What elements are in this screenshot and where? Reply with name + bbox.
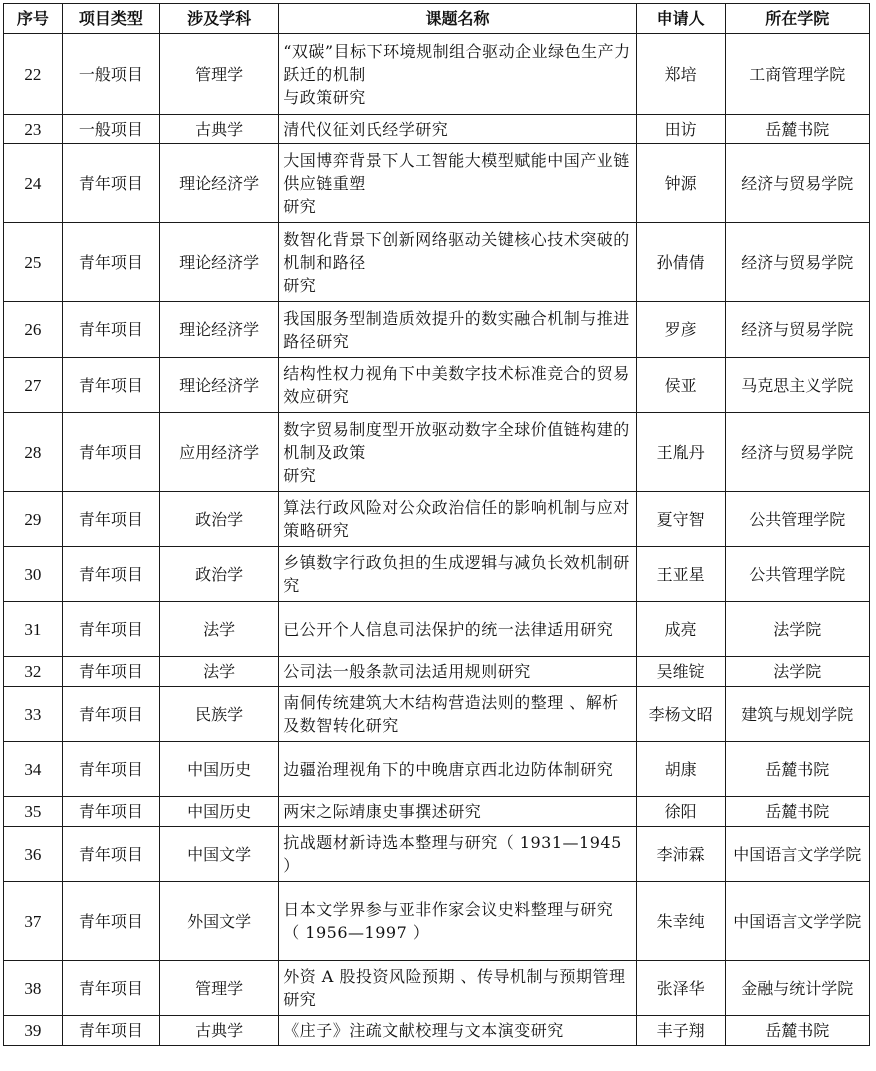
cell-title: 算法行政风险对公众政治信任的影响机制与应对策略研究 bbox=[279, 492, 636, 547]
cell-type: 青年项目 bbox=[62, 1016, 159, 1046]
table-row: 24青年项目理论经济学大国博弈背景下人工智能大模型赋能中国产业链供应链重塑 研究… bbox=[4, 144, 870, 223]
cell-no: 28 bbox=[4, 413, 63, 492]
cell-title: 边疆治理视角下的中晚唐京西北边防体制研究 bbox=[279, 742, 636, 797]
header-title: 课题名称 bbox=[279, 4, 636, 34]
cell-no: 22 bbox=[4, 34, 63, 115]
cell-subject: 政治学 bbox=[160, 547, 279, 602]
cell-subject: 古典学 bbox=[160, 1016, 279, 1046]
cell-no: 38 bbox=[4, 961, 63, 1016]
cell-applicant: 朱幸纯 bbox=[636, 882, 725, 961]
cell-college: 岳麓书院 bbox=[725, 797, 869, 827]
table-row: 27青年项目理论经济学结构性权力视角下中美数字技术标准竞合的贸易效应研究侯亚马克… bbox=[4, 358, 870, 413]
cell-college: 经济与贸易学院 bbox=[725, 302, 869, 358]
projects-table: 序号 项目类型 涉及学科 课题名称 申请人 所在学院 22一般项目管理学“双碳”… bbox=[3, 3, 870, 1046]
table-row: 35青年项目中国历史两宋之际靖康史事撰述研究徐阳岳麓书院 bbox=[4, 797, 870, 827]
cell-subject: 理论经济学 bbox=[160, 358, 279, 413]
cell-applicant: 侯亚 bbox=[636, 358, 725, 413]
cell-college: 中国语言文学学院 bbox=[725, 882, 869, 961]
header-type: 项目类型 bbox=[62, 4, 159, 34]
cell-type: 青年项目 bbox=[62, 687, 159, 742]
cell-no: 23 bbox=[4, 115, 63, 144]
cell-subject: 法学 bbox=[160, 602, 279, 657]
cell-type: 一般项目 bbox=[62, 115, 159, 144]
cell-type: 青年项目 bbox=[62, 742, 159, 797]
cell-title: 大国博弈背景下人工智能大模型赋能中国产业链供应链重塑 研究 bbox=[279, 144, 636, 223]
table-row: 39青年项目古典学《庄子》注疏文献校理与文本演变研究丰子翔岳麓书院 bbox=[4, 1016, 870, 1046]
cell-subject: 古典学 bbox=[160, 115, 279, 144]
cell-subject: 管理学 bbox=[160, 961, 279, 1016]
header-applicant: 申请人 bbox=[636, 4, 725, 34]
cell-title: 抗战题材新诗选本整理与研究（ 1931—1945 ） bbox=[279, 827, 636, 882]
table-row: 29青年项目政治学算法行政风险对公众政治信任的影响机制与应对策略研究夏守智公共管… bbox=[4, 492, 870, 547]
cell-type: 青年项目 bbox=[62, 413, 159, 492]
cell-subject: 政治学 bbox=[160, 492, 279, 547]
cell-college: 经济与贸易学院 bbox=[725, 144, 869, 223]
cell-title: 结构性权力视角下中美数字技术标准竞合的贸易效应研究 bbox=[279, 358, 636, 413]
cell-title: 清代仪征刘氏经学研究 bbox=[279, 115, 636, 144]
cell-applicant: 郑培 bbox=[636, 34, 725, 115]
cell-title: 两宋之际靖康史事撰述研究 bbox=[279, 797, 636, 827]
cell-college: 公共管理学院 bbox=[725, 492, 869, 547]
cell-subject: 法学 bbox=[160, 657, 279, 687]
table-row: 38青年项目管理学外资 A 股投资风险预期 、传导机制与预期管理研究张泽华金融与… bbox=[4, 961, 870, 1016]
cell-applicant: 王亚星 bbox=[636, 547, 725, 602]
cell-college: 金融与统计学院 bbox=[725, 961, 869, 1016]
cell-title: 《庄子》注疏文献校理与文本演变研究 bbox=[279, 1016, 636, 1046]
cell-applicant: 胡康 bbox=[636, 742, 725, 797]
cell-title: 已公开个人信息司法保护的统一法律适用研究 bbox=[279, 602, 636, 657]
header-subject: 涉及学科 bbox=[160, 4, 279, 34]
table-row: 31青年项目法学已公开个人信息司法保护的统一法律适用研究成亮法学院 bbox=[4, 602, 870, 657]
cell-no: 24 bbox=[4, 144, 63, 223]
cell-applicant: 孙倩倩 bbox=[636, 223, 725, 302]
table-row: 30青年项目政治学乡镇数字行政负担的生成逻辑与减负长效机制研究王亚星公共管理学院 bbox=[4, 547, 870, 602]
cell-college: 岳麓书院 bbox=[725, 1016, 869, 1046]
cell-subject: 中国历史 bbox=[160, 742, 279, 797]
table-row: 23一般项目古典学清代仪征刘氏经学研究田访岳麓书院 bbox=[4, 115, 870, 144]
cell-college: 公共管理学院 bbox=[725, 547, 869, 602]
cell-subject: 理论经济学 bbox=[160, 144, 279, 223]
cell-type: 青年项目 bbox=[62, 602, 159, 657]
table-row: 26青年项目理论经济学我国服务型制造质效提升的数实融合机制与推进路径研究罗彦经济… bbox=[4, 302, 870, 358]
table-row: 32青年项目法学公司法一般条款司法适用规则研究吴维锭法学院 bbox=[4, 657, 870, 687]
cell-type: 青年项目 bbox=[62, 547, 159, 602]
cell-applicant: 王胤丹 bbox=[636, 413, 725, 492]
cell-college: 马克思主义学院 bbox=[725, 358, 869, 413]
header-college: 所在学院 bbox=[725, 4, 869, 34]
cell-no: 30 bbox=[4, 547, 63, 602]
cell-subject: 管理学 bbox=[160, 34, 279, 115]
cell-no: 34 bbox=[4, 742, 63, 797]
cell-title: 乡镇数字行政负担的生成逻辑与减负长效机制研究 bbox=[279, 547, 636, 602]
cell-type: 青年项目 bbox=[62, 961, 159, 1016]
cell-type: 一般项目 bbox=[62, 34, 159, 115]
cell-applicant: 张泽华 bbox=[636, 961, 725, 1016]
cell-subject: 中国历史 bbox=[160, 797, 279, 827]
cell-no: 35 bbox=[4, 797, 63, 827]
cell-college: 岳麓书院 bbox=[725, 742, 869, 797]
cell-applicant: 徐阳 bbox=[636, 797, 725, 827]
cell-applicant: 丰子翔 bbox=[636, 1016, 725, 1046]
table-row: 37青年项目外国文学日本文学界参与亚非作家会议史料整理与研究 （ 1956—19… bbox=[4, 882, 870, 961]
cell-subject: 应用经济学 bbox=[160, 413, 279, 492]
cell-applicant: 李杨文昭 bbox=[636, 687, 725, 742]
table-row: 34青年项目中国历史边疆治理视角下的中晚唐京西北边防体制研究胡康岳麓书院 bbox=[4, 742, 870, 797]
table-header-row: 序号 项目类型 涉及学科 课题名称 申请人 所在学院 bbox=[4, 4, 870, 34]
cell-college: 经济与贸易学院 bbox=[725, 223, 869, 302]
cell-title: 日本文学界参与亚非作家会议史料整理与研究 （ 1956—1997 ） bbox=[279, 882, 636, 961]
cell-no: 39 bbox=[4, 1016, 63, 1046]
cell-applicant: 夏守智 bbox=[636, 492, 725, 547]
cell-college: 岳麓书院 bbox=[725, 115, 869, 144]
cell-type: 青年项目 bbox=[62, 144, 159, 223]
cell-title: “双碳”目标下环境规制组合驱动企业绿色生产力跃迁的机制 与政策研究 bbox=[279, 34, 636, 115]
cell-type: 青年项目 bbox=[62, 797, 159, 827]
cell-type: 青年项目 bbox=[62, 492, 159, 547]
cell-subject: 外国文学 bbox=[160, 882, 279, 961]
cell-applicant: 钟源 bbox=[636, 144, 725, 223]
cell-applicant: 吴维锭 bbox=[636, 657, 725, 687]
cell-type: 青年项目 bbox=[62, 358, 159, 413]
cell-type: 青年项目 bbox=[62, 827, 159, 882]
cell-college: 建筑与规划学院 bbox=[725, 687, 869, 742]
cell-subject: 理论经济学 bbox=[160, 223, 279, 302]
cell-college: 工商管理学院 bbox=[725, 34, 869, 115]
cell-type: 青年项目 bbox=[62, 302, 159, 358]
cell-no: 36 bbox=[4, 827, 63, 882]
cell-no: 29 bbox=[4, 492, 63, 547]
cell-no: 27 bbox=[4, 358, 63, 413]
cell-title: 我国服务型制造质效提升的数实融合机制与推进路径研究 bbox=[279, 302, 636, 358]
cell-applicant: 成亮 bbox=[636, 602, 725, 657]
cell-no: 31 bbox=[4, 602, 63, 657]
table-row: 22一般项目管理学“双碳”目标下环境规制组合驱动企业绿色生产力跃迁的机制 与政策… bbox=[4, 34, 870, 115]
cell-applicant: 李沛霖 bbox=[636, 827, 725, 882]
cell-subject: 理论经济学 bbox=[160, 302, 279, 358]
cell-title: 南侗传统建筑大木结构营造法则的整理 、解析及数智转化研究 bbox=[279, 687, 636, 742]
cell-college: 法学院 bbox=[725, 602, 869, 657]
cell-subject: 中国文学 bbox=[160, 827, 279, 882]
cell-title: 外资 A 股投资风险预期 、传导机制与预期管理研究 bbox=[279, 961, 636, 1016]
cell-no: 32 bbox=[4, 657, 63, 687]
cell-title: 数智化背景下创新网络驱动关键核心技术突破的机制和路径 研究 bbox=[279, 223, 636, 302]
cell-type: 青年项目 bbox=[62, 223, 159, 302]
table-row: 36青年项目中国文学抗战题材新诗选本整理与研究（ 1931—1945 ）李沛霖中… bbox=[4, 827, 870, 882]
cell-no: 33 bbox=[4, 687, 63, 742]
cell-college: 法学院 bbox=[725, 657, 869, 687]
cell-no: 25 bbox=[4, 223, 63, 302]
cell-type: 青年项目 bbox=[62, 657, 159, 687]
cell-applicant: 罗彦 bbox=[636, 302, 725, 358]
table-row: 33青年项目民族学南侗传统建筑大木结构营造法则的整理 、解析及数智转化研究李杨文… bbox=[4, 687, 870, 742]
cell-subject: 民族学 bbox=[160, 687, 279, 742]
cell-college: 中国语言文学学院 bbox=[725, 827, 869, 882]
cell-college: 经济与贸易学院 bbox=[725, 413, 869, 492]
cell-title: 数字贸易制度型开放驱动数字全球价值链构建的机制及政策 研究 bbox=[279, 413, 636, 492]
cell-title: 公司法一般条款司法适用规则研究 bbox=[279, 657, 636, 687]
cell-type: 青年项目 bbox=[62, 882, 159, 961]
cell-no: 26 bbox=[4, 302, 63, 358]
header-no: 序号 bbox=[4, 4, 63, 34]
cell-applicant: 田访 bbox=[636, 115, 725, 144]
table-row: 25青年项目理论经济学数智化背景下创新网络驱动关键核心技术突破的机制和路径 研究… bbox=[4, 223, 870, 302]
table-row: 28青年项目应用经济学数字贸易制度型开放驱动数字全球价值链构建的机制及政策 研究… bbox=[4, 413, 870, 492]
cell-no: 37 bbox=[4, 882, 63, 961]
